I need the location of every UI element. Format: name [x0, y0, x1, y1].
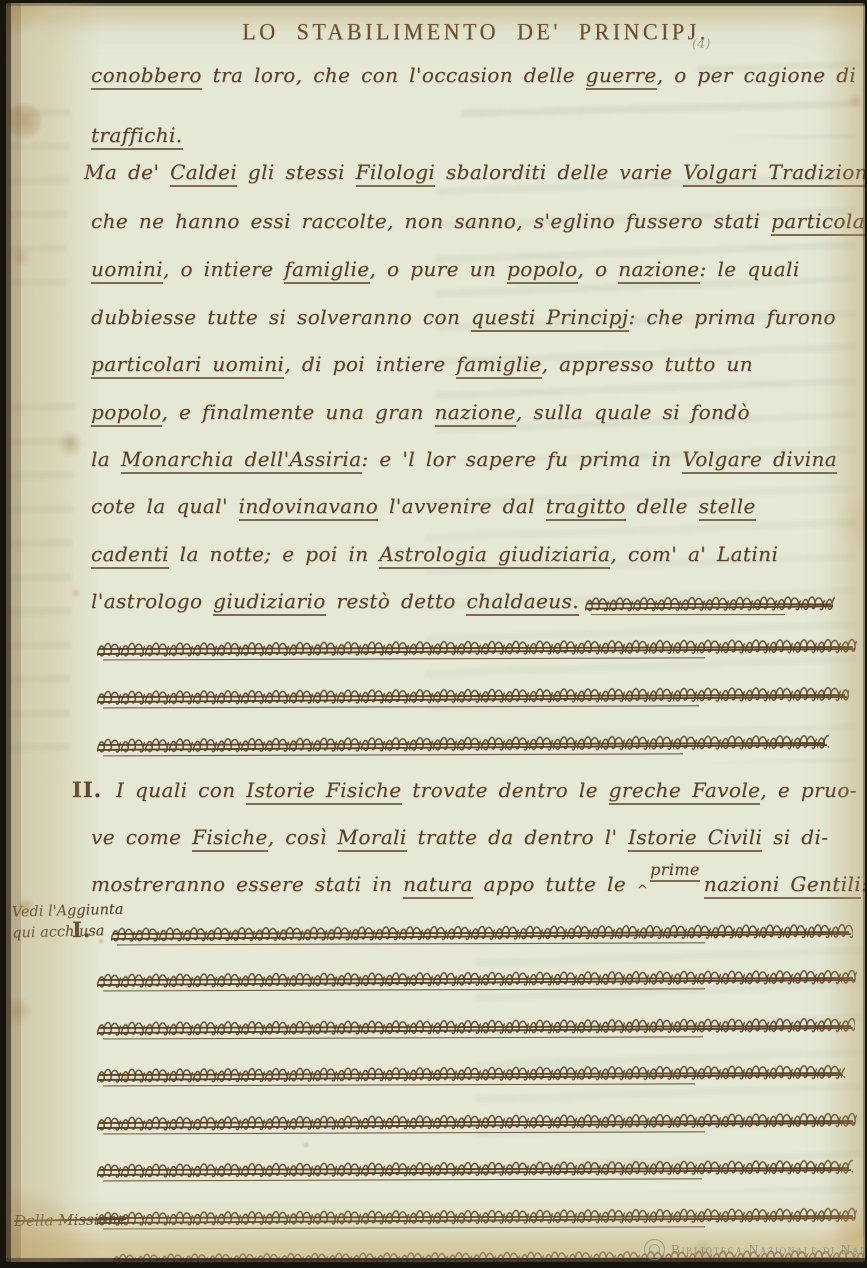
- underlined-text: popolo: [507, 257, 578, 284]
- text-segment: sbalorditi delle varie: [435, 160, 683, 184]
- struck-out-line: [91, 1012, 855, 1038]
- underlined-text: stelle: [699, 494, 756, 521]
- text-segment: , o pure un: [370, 257, 507, 281]
- text-segment: mostreranno essere stati in: [91, 872, 403, 896]
- underlined-text: particolari: [771, 209, 865, 236]
- manuscript-line: particolari uomini, di poi intiere famig…: [91, 352, 753, 376]
- text-segment: che ne hanno essi raccolte, non sanno, s…: [91, 209, 771, 233]
- crossed-out-scribble: [97, 1061, 845, 1089]
- text-segment: cote la qual': [91, 494, 239, 518]
- struck-out-line: [91, 1059, 845, 1085]
- text-segment: delle: [626, 494, 699, 518]
- text-segment: l'astrologo: [91, 589, 213, 613]
- text-segment: appo tutte le: [473, 872, 637, 896]
- crossed-out-scribble: [97, 635, 857, 663]
- struck-out-line: [91, 681, 849, 707]
- crossed-out-scribble: [97, 1156, 853, 1184]
- underlined-text: Istorie Civili: [628, 825, 762, 852]
- text-segment: , così: [268, 825, 338, 849]
- struck-out-line: [91, 729, 829, 755]
- manuscript-line: I.: [72, 917, 853, 944]
- manuscript-scan: LO STABILIMENTO DE' PRINCIPJ. (4) conobb…: [0, 0, 867, 1268]
- text-segment: , com' a' Latini: [610, 542, 778, 566]
- manuscript-page: LO STABILIMENTO DE' PRINCIPJ. (4) conobb…: [6, 3, 865, 1262]
- text-segment: tratte da dentro l': [407, 825, 628, 849]
- underlined-text: Caldei: [170, 160, 237, 187]
- underlined-text: conobbero: [91, 63, 202, 90]
- text-segment: Ma de': [84, 160, 170, 184]
- underlined-text: nazione: [435, 400, 516, 427]
- manuscript-line: popolo, e finalmente una gran nazione, s…: [91, 400, 750, 424]
- underlined-text: famiglie: [284, 257, 369, 284]
- underlined-text: Morali: [338, 825, 407, 852]
- underlined-text: guerre: [586, 63, 657, 90]
- underlined-text: Fisiche: [192, 825, 268, 852]
- text-segment: trovate dentro le: [402, 778, 609, 802]
- margin-note-line: qui acchiusa: [12, 920, 131, 944]
- manuscript-line: uomini, o intiere famiglie, o pure un po…: [91, 257, 800, 281]
- text-segment: si di-: [762, 825, 828, 849]
- text-segment: ve come: [91, 825, 192, 849]
- margin-note-line: Vedi l'Aggiunta: [11, 899, 130, 923]
- crossed-out-scribble: [97, 1109, 857, 1137]
- text-segment: l'avvenire dal: [378, 494, 546, 518]
- underlined-text: nazione: [618, 257, 699, 284]
- text-segment: : le quali: [700, 257, 800, 281]
- manuscript-line: la Monarchia dell'Assiria: e 'l lor sape…: [91, 447, 837, 471]
- struck-catchword: Della Missione: [14, 1210, 126, 1230]
- text-segment: restò detto: [326, 589, 467, 613]
- manuscript-line: mostreranno essere stati in natura appo …: [91, 872, 865, 898]
- text-segment: : che prima furono: [629, 305, 836, 329]
- library-watermark-text: Biblioteca Nazionale di Napoli: [671, 1242, 865, 1258]
- underlined-text: traffichi.: [91, 123, 183, 150]
- text-segment: , o per cagione di: [657, 63, 857, 87]
- manuscript-line: II.I quali con Istorie Fisiche trovate d…: [72, 777, 857, 802]
- manuscript-line: cadenti la notte; e poi in Astrologia gi…: [91, 542, 778, 566]
- text-segment: la notte; e poi in: [169, 542, 379, 566]
- underlined-text: Volgari Tradizioni: [683, 160, 865, 187]
- underlined-text: nazioni Gentili: [704, 872, 861, 899]
- underlined-text: greche Favole: [609, 778, 761, 805]
- underlined-text: Istorie Fisiche: [246, 778, 401, 805]
- underlined-text: indovinavano: [239, 494, 379, 521]
- underlined-text: cadenti: [91, 542, 169, 569]
- underlined-text: Filologi: [356, 160, 436, 187]
- caret-mark: ^: [637, 883, 648, 898]
- crossed-out-scribble: [585, 592, 835, 617]
- crossed-out-scribble: [97, 966, 857, 994]
- underlined-text: uomini: [91, 257, 163, 284]
- struck-out-line: [91, 633, 857, 659]
- underlined-text: giudiziario: [213, 589, 326, 616]
- paragraph-number: II.: [72, 777, 102, 802]
- text-segment: , e pruo-: [760, 778, 857, 802]
- manuscript-line: traffichi.: [91, 123, 183, 147]
- text-segment: la: [91, 447, 121, 471]
- text-segment: , e finalmente una gran: [162, 400, 435, 424]
- crossed-out-scribble: [97, 1204, 857, 1232]
- text-segment: , o: [578, 257, 619, 281]
- text-segment: :: [861, 872, 865, 896]
- text-segment: , o intiere: [163, 257, 284, 281]
- underlined-text: chaldaeus.: [466, 589, 578, 616]
- manuscript-line: l'astrologo giudiziario restò detto chal…: [91, 589, 835, 615]
- text-segment: , sulla quale si fondò: [516, 400, 750, 424]
- text-segment: , appresso tutto un: [542, 352, 753, 376]
- text-segment: dubbiesse tutte si solveranno con: [91, 305, 471, 329]
- underlined-text: Volgare divina: [682, 447, 837, 474]
- text-segment: , di poi intiere: [284, 352, 456, 376]
- manuscript-lines: conobbero tra loro, che con l'occasion d…: [6, 3, 865, 1262]
- underlined-text: Astrologia giudiziaria: [379, 542, 610, 569]
- underlined-text: particolari uomini: [91, 352, 284, 379]
- manuscript-line: cote la qual' indovinavano l'avvenire da…: [91, 494, 756, 518]
- crossed-out-scribble: [97, 1014, 855, 1042]
- library-watermark: Biblioteca Nazionale di Napoli: [644, 1239, 865, 1260]
- underlined-text: natura: [403, 872, 473, 899]
- library-stamp-icon: [644, 1239, 665, 1260]
- struck-out-line: [91, 964, 857, 990]
- underlined-text: questi Principj: [471, 305, 628, 332]
- crossed-out-scribble: [97, 683, 849, 711]
- underlined-text: famiglie: [456, 352, 541, 379]
- text-segment: gli stessi: [237, 160, 356, 184]
- text-segment: tra loro, che con l'occasion delle: [202, 63, 586, 87]
- manuscript-line: Ma de' Caldei gli stessi Filologi sbalor…: [84, 160, 865, 184]
- crossed-out-scribble: [111, 920, 853, 948]
- margin-note: Vedi l'Aggiunta qui acchiusa: [11, 899, 130, 944]
- underlined-text: tragitto: [546, 494, 626, 521]
- struck-out-line: [91, 1202, 857, 1228]
- manuscript-line: dubbiesse tutte si solveranno con questi…: [91, 305, 836, 329]
- manuscript-line: conobbero tra loro, che con l'occasion d…: [91, 63, 856, 87]
- crossed-out-scribble: [97, 731, 829, 759]
- underlined-text: popolo: [91, 400, 162, 427]
- struck-out-line: [91, 1154, 853, 1180]
- manuscript-line: ve come Fisiche, così Morali tratte da d…: [91, 825, 828, 849]
- underlined-text: Monarchia dell'Assiria: [121, 447, 362, 474]
- text-segment: I quali con: [116, 778, 246, 802]
- struck-out-line: [91, 1107, 857, 1133]
- text-segment: : e 'l lor sapere fu prima in: [362, 447, 683, 471]
- inserted-word: prime: [650, 860, 700, 882]
- manuscript-line: che ne hanno essi raccolte, non sanno, s…: [91, 209, 865, 233]
